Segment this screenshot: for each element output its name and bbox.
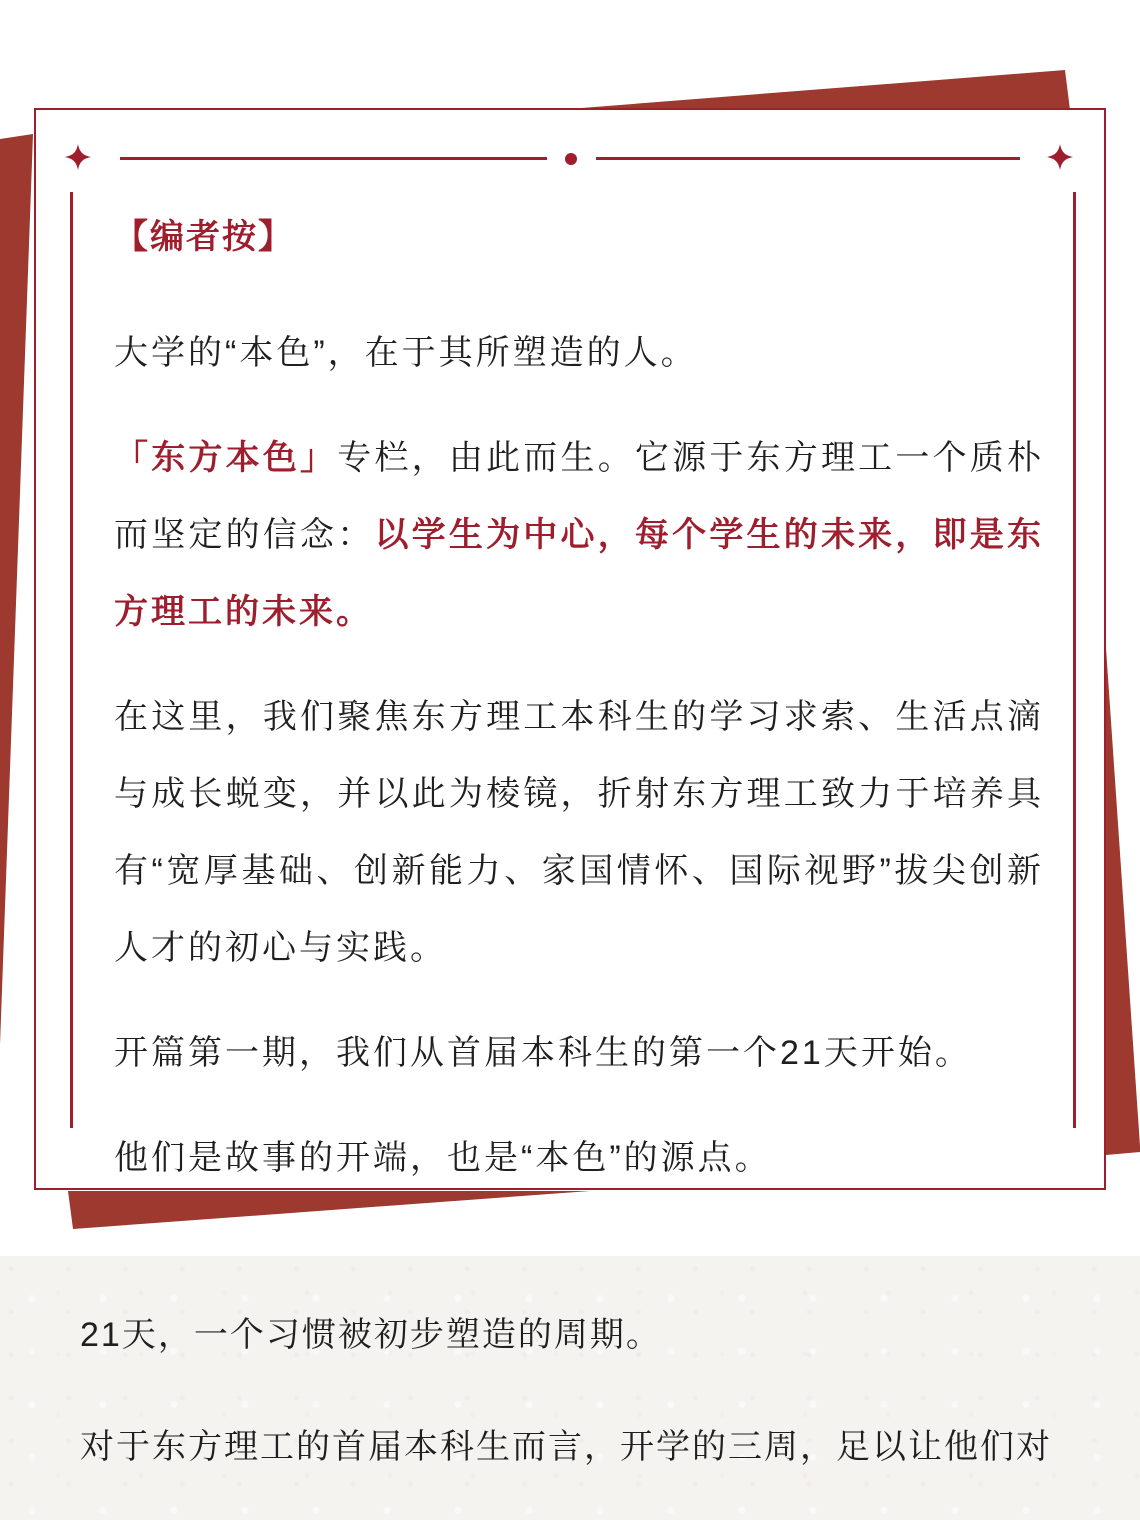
- text-segment: 开篇第一期，我们从首届本科生的第一个21天开始。: [114, 1034, 972, 1072]
- right-vertical-rule: [1073, 192, 1076, 1128]
- left-vertical-rule: [70, 192, 73, 1128]
- text-segment: 在这里，我们聚焦东方理工本科生的学习求索、生活点滴与成长蜕变，并以此为棱镜，折射…: [114, 698, 1044, 967]
- card-paragraph: 「东方本色」专栏，由此而生。它源于东方理工一个质朴而坚定的信念：以学生为中心，每…: [114, 420, 1044, 651]
- body-paragraph: 21天，一个习惯被初步塑造的周期。: [80, 1310, 1100, 1360]
- ornament-dot-icon: [565, 153, 577, 165]
- text-segment: 大学的“本色”，在于其所塑造的人。: [114, 334, 698, 372]
- article-graphic: 【编者按】 大学的“本色”，在于其所塑造的人。 「东方本色」专栏，由此而生。它源…: [0, 0, 1140, 1520]
- card-paragraph: 开篇第一期，我们从首届本科生的第一个21天开始。: [114, 1015, 1044, 1092]
- body-paragraph: 对于东方理工的首届本科生而言，开学的三周，足以让他们对: [80, 1422, 1100, 1472]
- highlight-segment: 「东方本色」: [114, 439, 337, 477]
- card-paragraph: 大学的“本色”，在于其所塑造的人。: [114, 315, 1044, 392]
- card-content: 【编者按】 大学的“本色”，在于其所塑造的人。 「东方本色」专栏，由此而生。它源…: [114, 215, 1044, 1225]
- card-title: 【编者按】: [114, 215, 1044, 259]
- paper-sheet-top-right: [556, 70, 1070, 110]
- ornament-line-right: [596, 157, 1020, 160]
- card-paragraph: 他们是故事的开端，也是“本色”的源点。: [114, 1120, 1044, 1197]
- paper-sheet-left-edge: [0, 134, 33, 1045]
- card-paragraph: 在这里，我们聚焦东方理工本科生的学习求索、生活点滴与成长蜕变，并以此为棱镜，折射…: [114, 679, 1044, 987]
- paper-section: 21天，一个习惯被初步塑造的周期。 对于东方理工的首届本科生而言，开学的三周，足…: [0, 1256, 1140, 1520]
- sparkle-left-icon: [65, 144, 91, 170]
- sparkle-right-icon: [1047, 144, 1073, 170]
- text-segment: 他们是故事的开端，也是“本色”的源点。: [114, 1139, 772, 1177]
- paper-sheet-right-edge: [1106, 648, 1140, 1155]
- ornament-line-left: [120, 157, 547, 160]
- editor-note-card: 【编者按】 大学的“本色”，在于其所塑造的人。 「东方本色」专栏，由此而生。它源…: [34, 108, 1106, 1190]
